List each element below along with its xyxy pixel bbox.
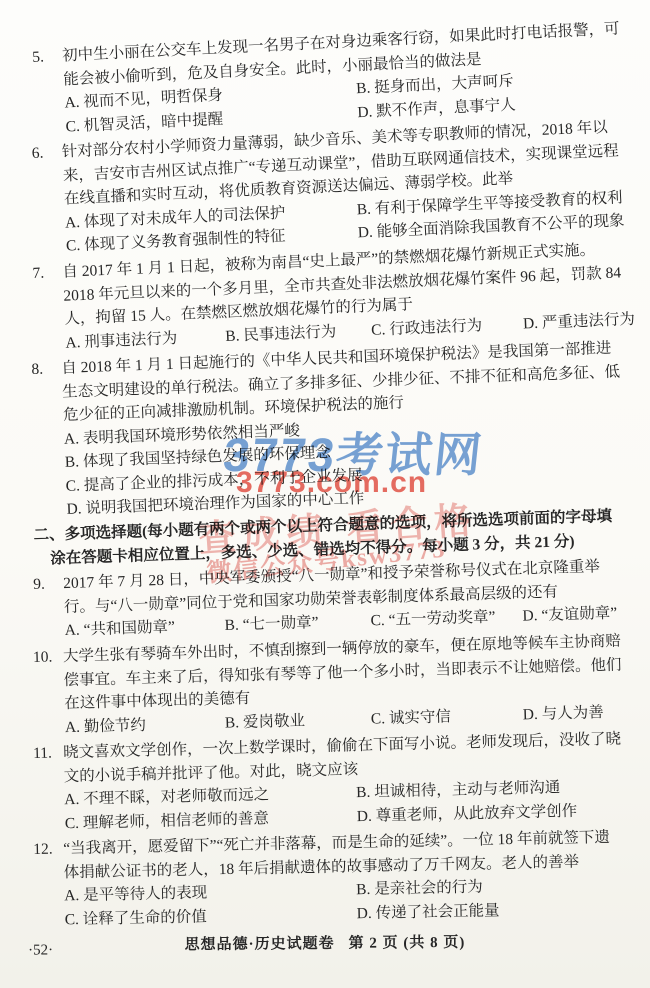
question-8-number: 8. <box>31 356 62 381</box>
question-10-option-a: A. 勤俭节约 <box>65 711 226 739</box>
question-5-number: 5. <box>32 45 63 70</box>
question-9-option-d: D. “友谊勋章” <box>522 602 623 629</box>
question-10-option-d: D. 与人为善 <box>522 700 623 726</box>
question-12-number: 12. <box>33 837 63 861</box>
question-7-option-d: D. 严重违法行为 <box>523 307 636 335</box>
question-6-number: 6. <box>31 141 62 166</box>
scanned-exam-page: 5.初中生小丽在公交车上发现一名男子在对身边乘客行窃，如果此时打电话报警，可能会… <box>0 0 650 988</box>
question-8: 8.自 2018 年 1 月 1 日起施行的《中华人民共和国环境保护税法》是我国… <box>31 336 625 522</box>
question-10-option-b: B. 爱岗敬业 <box>225 707 372 735</box>
footer-title-line: 思想品德·历史试题卷第 2 页 (共 8 页) <box>0 929 650 956</box>
exam-content: 5.初中生小丽在公交车上发现一名男子在对身边乘客行窃，如果此时打电话报警，可能会… <box>34 46 622 934</box>
question-9-number: 9. <box>33 572 64 596</box>
question-6: 6.针对部分农村小学师资力量薄弱，缺少音乐、美术等专职教师的情况，2018 年以… <box>31 115 624 259</box>
question-9-option-a: A. “共和国勋章” <box>64 614 225 643</box>
question-9-option-b: B. “七一勋章” <box>224 609 371 637</box>
question-10-number: 10. <box>33 645 64 669</box>
footer-page-info: 第 2 页 (共 8 页) <box>349 935 466 952</box>
question-10-option-c: C. 诚实守信 <box>371 702 524 730</box>
page-footer: ·52· 思想品德·历史试题卷第 2 页 (共 8 页) <box>0 929 650 959</box>
question-10: 10.大学生张有琴骑车外出时，不慎刮擦到一辆停放的豪车，便在原地等候车主协商赔偿… <box>33 629 623 739</box>
question-12-option-d: D. 传递了社会正能量 <box>356 896 622 925</box>
footer-exam-title: 思想品德·历史试题卷 <box>185 936 335 953</box>
question-12: 12.“当我离开，愿爱留下”“死亡并非落幕，而是生命的延续”。一位 18 年前就… <box>33 825 623 931</box>
question-11-number: 11. <box>33 741 64 765</box>
question-7-number: 7. <box>32 260 63 285</box>
question-10-body: 大学生张有琴骑车外出时，不慎刮擦到一辆停放的豪车，便在原地等候车主协商赔偿事宜。… <box>63 632 622 712</box>
question-12-body: “当我离开，愿爱留下”“死亡并非落幕，而是生命的延续”。一位 18 年前就签下遗… <box>63 828 610 880</box>
question-11: 11.晓文喜欢文学创作，一次上数学课时，偷偷在下面写小说。老师发现后，没收了晓文… <box>33 727 623 835</box>
question-9-option-c: C. “五一劳动奖章” <box>370 605 523 633</box>
